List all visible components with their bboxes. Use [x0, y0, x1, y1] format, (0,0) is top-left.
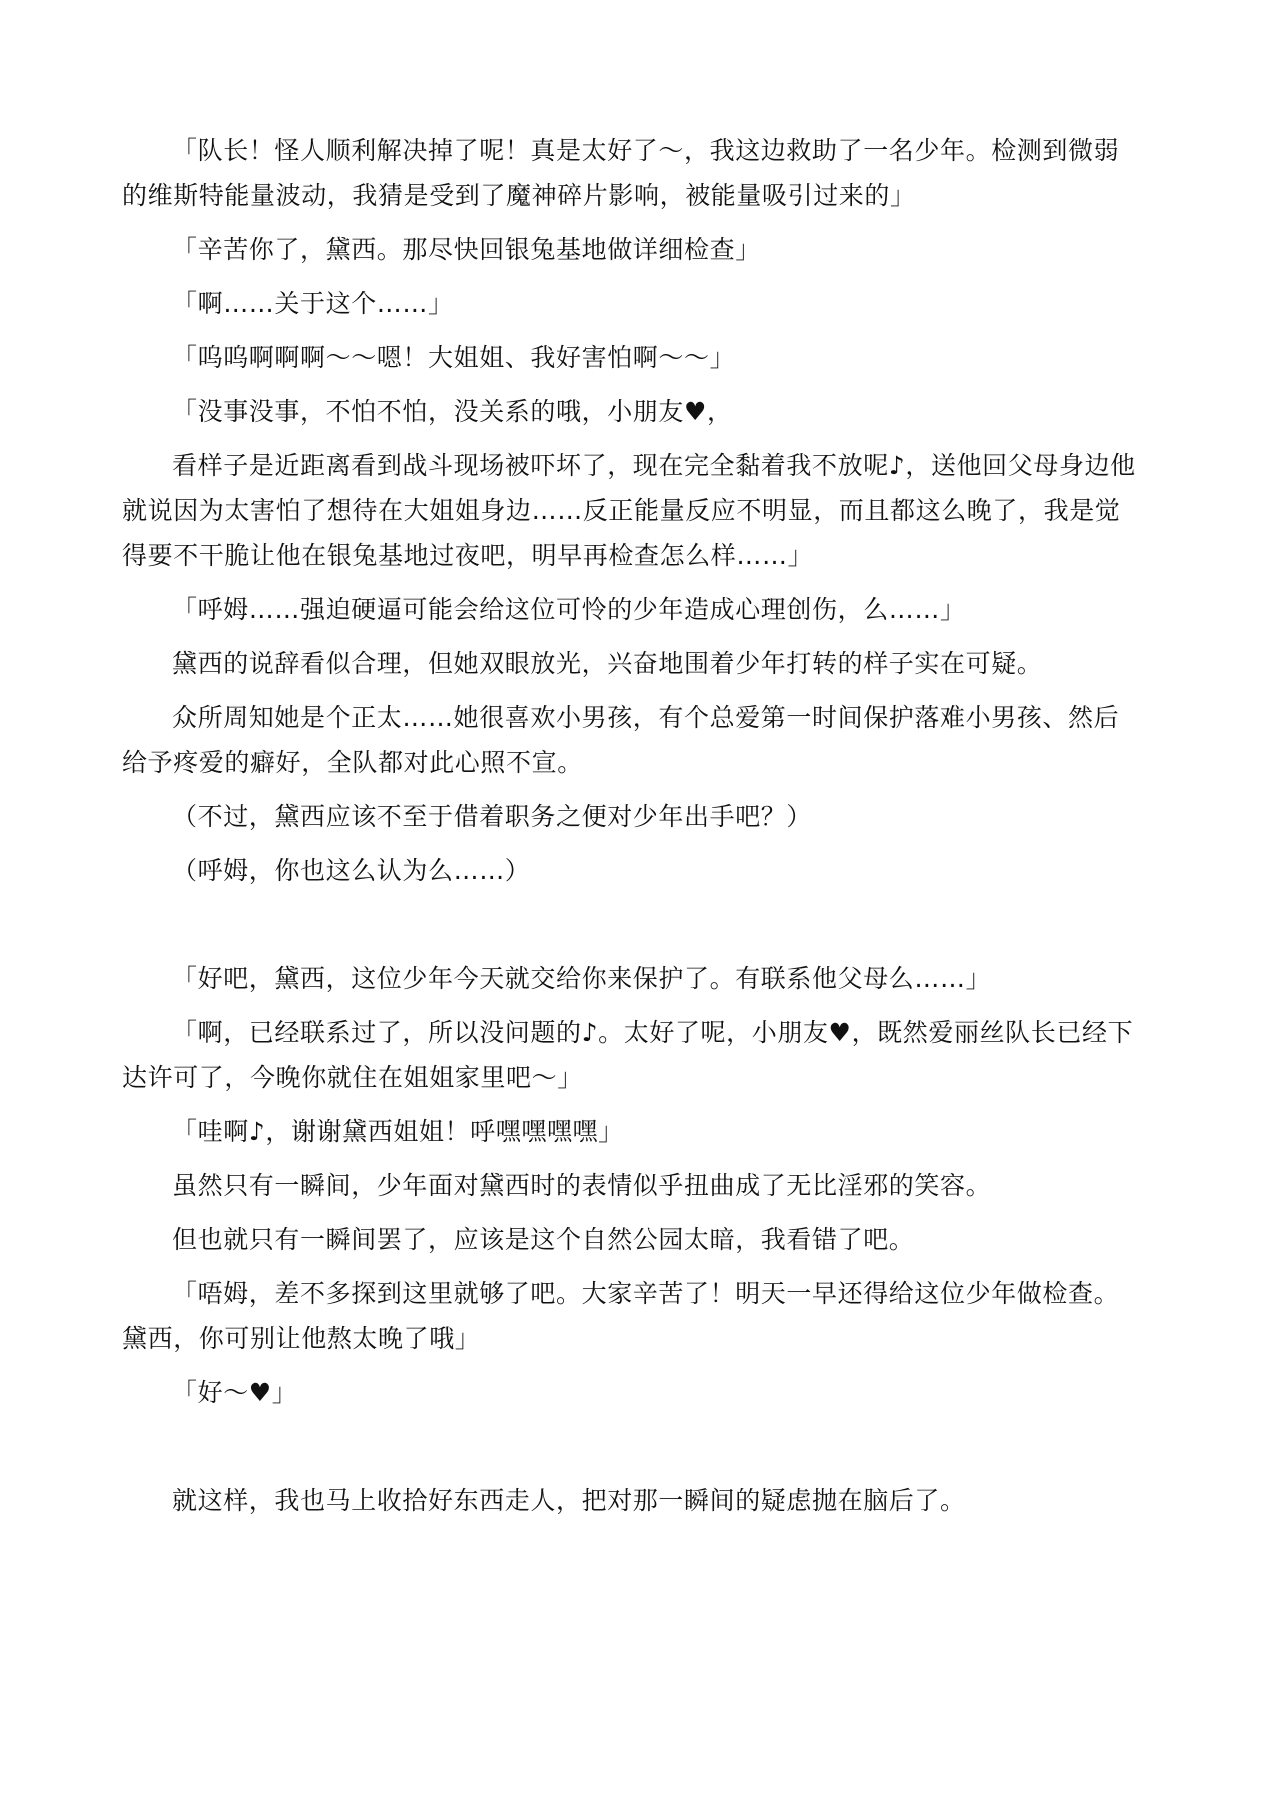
document-page: 「队长！怪人顺利解决掉了呢！真是太好了～，我这边救助了一名少年。检测到微弱的维斯…	[122, 128, 1138, 1532]
paragraph-narration-habit: 众所周知她是个正太……她很喜欢小男孩，有个总爱第一时间保护落难小男孩、然后给予疼…	[122, 695, 1138, 785]
paragraph-dialogue-explanation: 看样子是近距离看到战斗现场被吓坏了，现在完全黏着我不放呢♪，送他回父母身边他就说…	[122, 443, 1138, 578]
paragraph-narration-dismissal: 但也就只有一瞬间罢了，应该是这个自然公园太暗，我看错了吧。	[122, 1217, 1138, 1262]
paragraph-dialogue-comforting: 「没事没事，不怕不怕，没关系的哦，小朋友♥，	[122, 389, 1138, 434]
paragraph-blank-separator	[122, 1424, 1138, 1469]
paragraph-dialogue-wrap-up: 「唔姆，差不多探到这里就够了吧。大家辛苦了！明天一早还得给这位少年做检查。黛西，…	[122, 1271, 1138, 1361]
paragraph-narration-ending: 就这样，我也马上收拾好东西走人，把对那一瞬间的疑虑抛在脑后了。	[122, 1478, 1138, 1523]
paragraph-dialogue-captain-reply: 「辛苦你了，黛西。那尽快回银兔基地做详细检查」	[122, 227, 1138, 272]
paragraph-dialogue-okay: 「好～♥」	[122, 1370, 1138, 1415]
paragraph-dialogue-boy-crying: 「呜呜啊啊啊～～嗯！大姐姐、我好害怕啊～～」	[122, 335, 1138, 380]
paragraph-narration-suspicious: 黛西的说辞看似合理，但她双眼放光，兴奋地围着少年打转的样子实在可疑。	[122, 641, 1138, 686]
paragraph-dialogue-boy-thanks: 「哇啊♪，谢谢黛西姐姐！呼嘿嘿嘿嘿」	[122, 1109, 1138, 1154]
paragraph-dialogue-trauma-concern: 「呼姆……强迫硬逼可能会给这位可怜的少年造成心理创伤，么……」	[122, 587, 1138, 632]
paragraph-thought-question: （不过，黛西应该不至于借着职务之便对少年出手吧？）	[122, 794, 1138, 839]
paragraph-blank-separator	[122, 902, 1138, 947]
paragraph-dialogue-hesitation: 「啊……关于这个……」	[122, 281, 1138, 326]
paragraph-dialogue-rescue-report: 「队长！怪人顺利解决掉了呢！真是太好了～，我这边救助了一名少年。检测到微弱的维斯…	[122, 128, 1138, 218]
paragraph-dialogue-approval: 「好吧，黛西，这位少年今天就交给你来保护了。有联系他父母么……」	[122, 956, 1138, 1001]
paragraph-thought-reply: （呼姆，你也这么认为么……）	[122, 848, 1138, 893]
paragraph-dialogue-parents-contacted: 「啊，已经联系过了，所以没问题的♪。太好了呢，小朋友♥，既然爱丽丝队长已经下达许…	[122, 1010, 1138, 1100]
paragraph-narration-sinister-smile: 虽然只有一瞬间，少年面对黛西时的表情似乎扭曲成了无比淫邪的笑容。	[122, 1163, 1138, 1208]
